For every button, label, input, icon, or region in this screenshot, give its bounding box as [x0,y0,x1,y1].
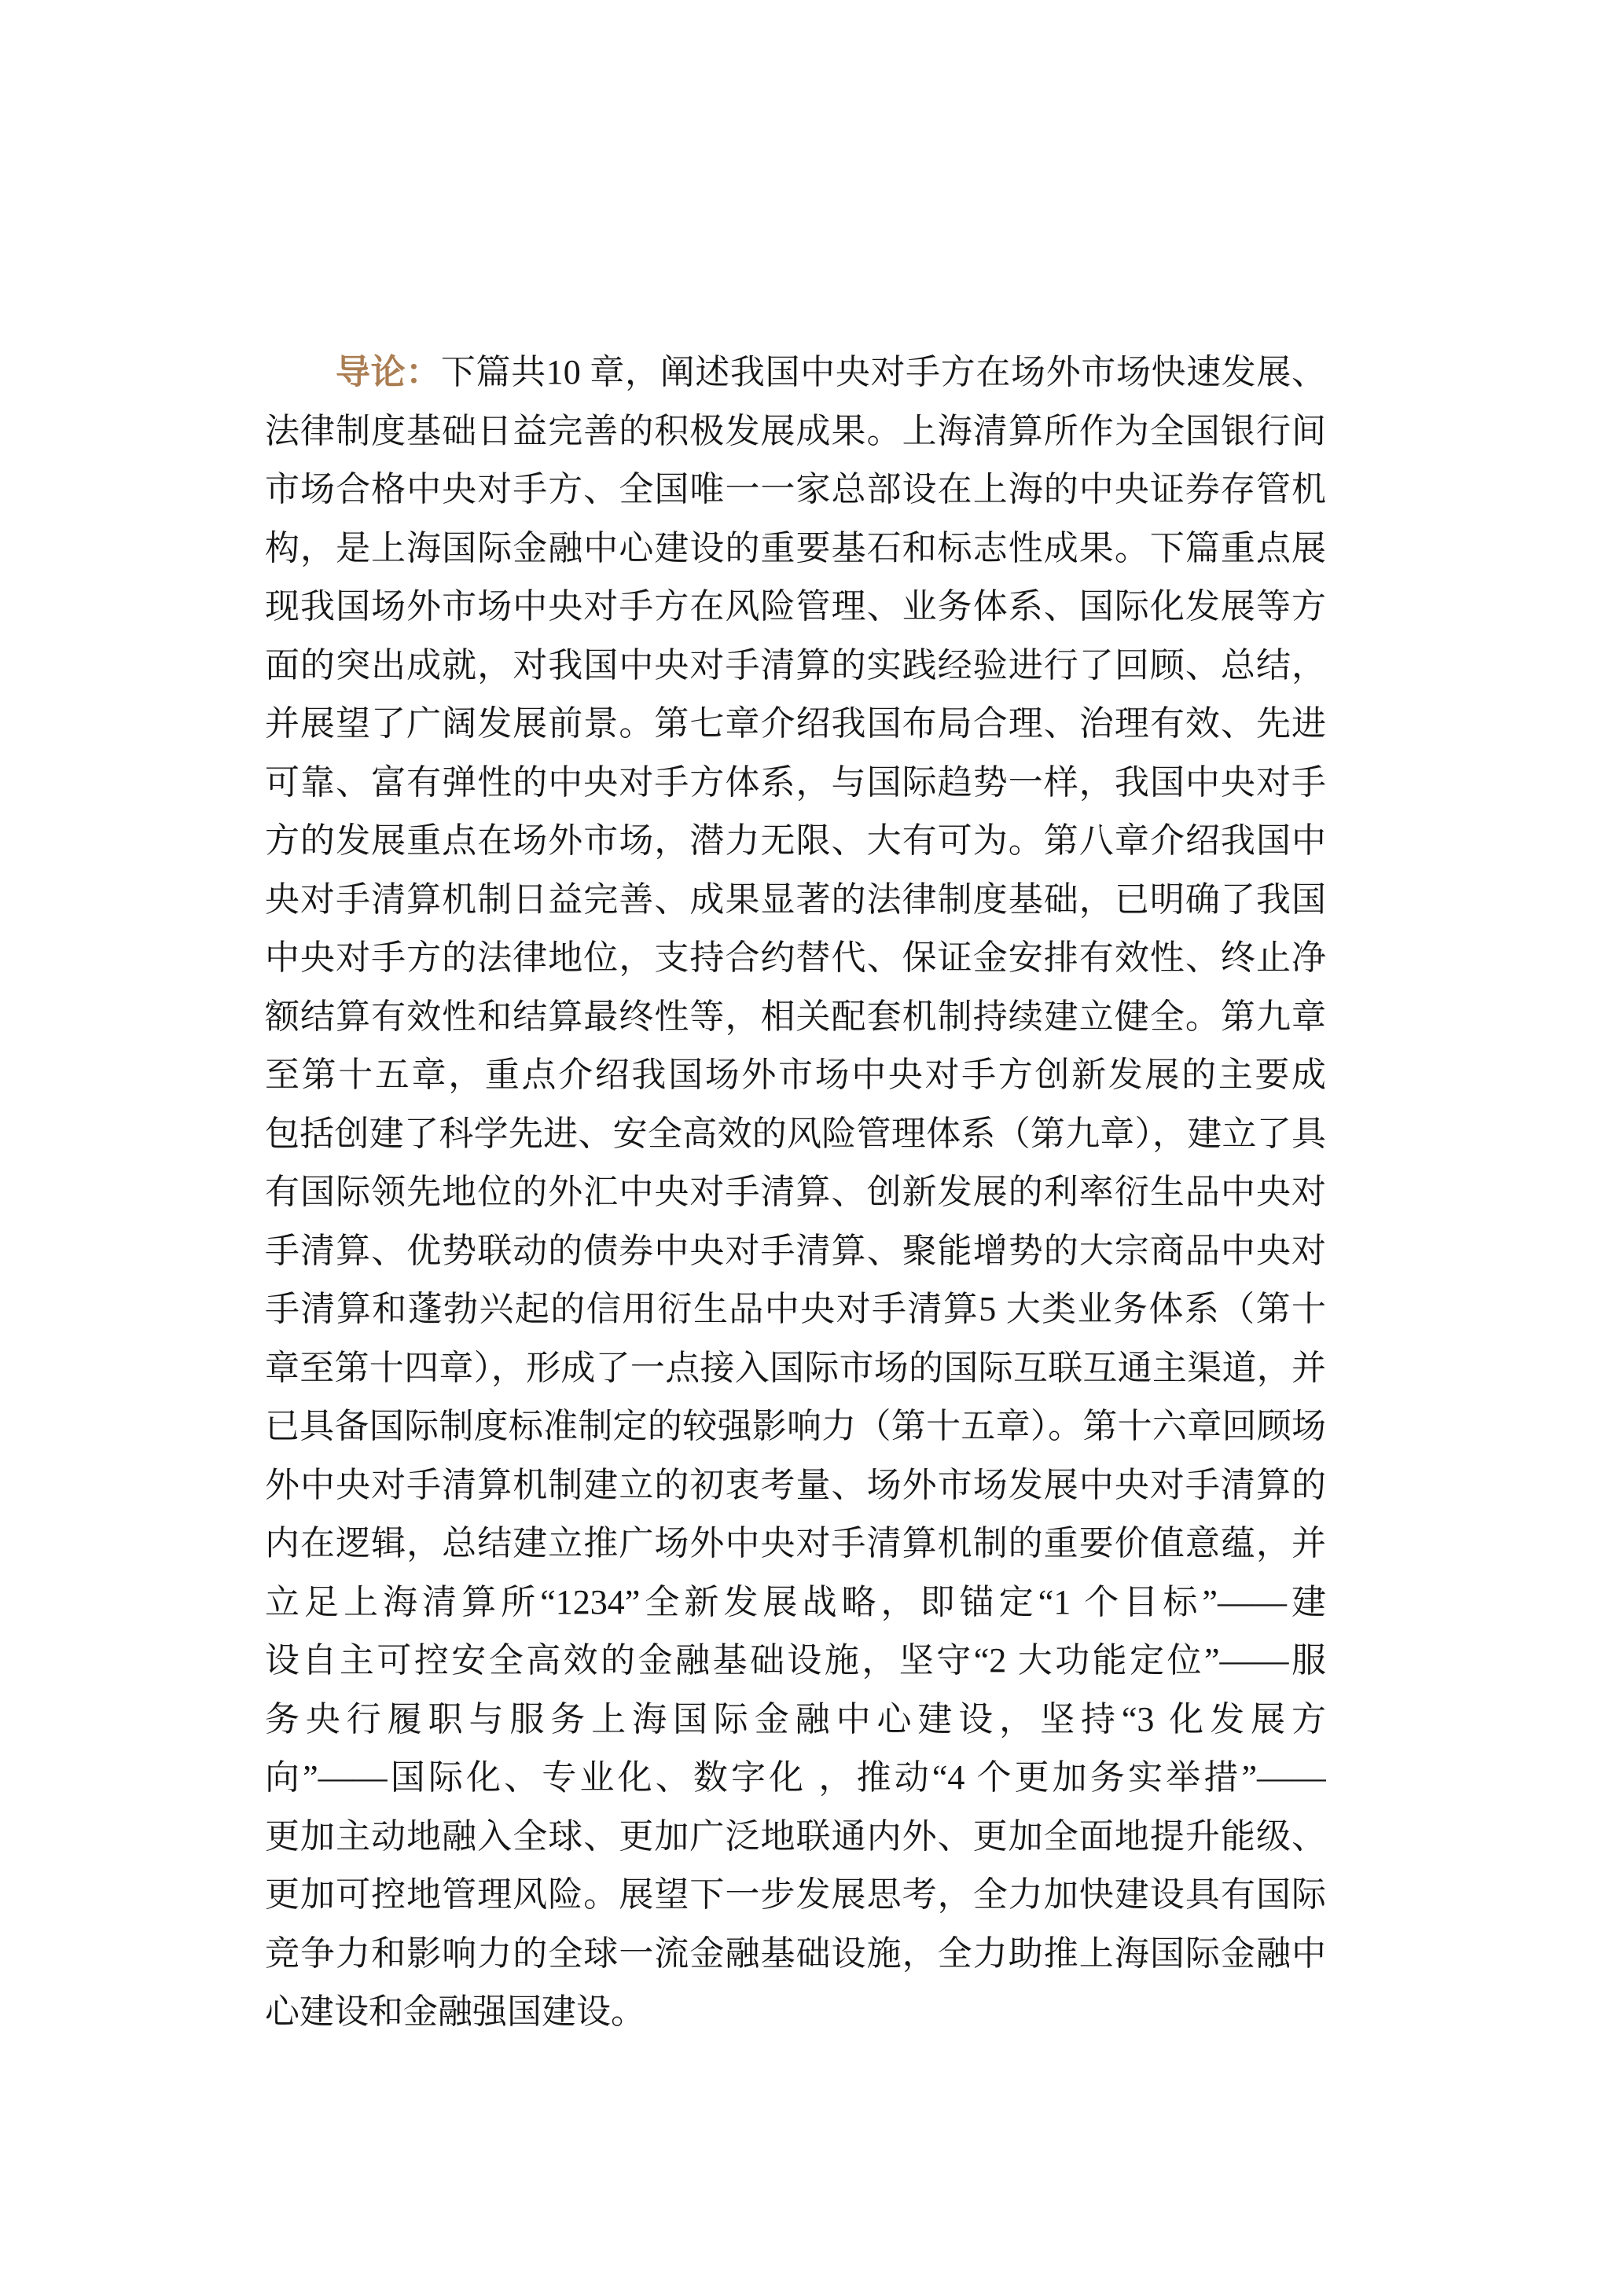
paragraph-line: 已具备国际制度标准制定的较强影响力（第十五章）。第十六章回顾场 [265,1397,1326,1456]
paragraph-line: 有国际领先地位的外汇中央对手清算、创新发展的利率衍生品中央对 [265,1163,1326,1222]
paragraph-line: 市场合格中央对手方、全国唯一一家总部设在上海的中央证券存管机 [265,461,1326,520]
paragraph-line: 心建设和金融强国建设。 [265,1983,1326,2042]
paragraph-line: 法律制度基础日益完善的积极发展成果。上海清算所作为全国银行间 [265,402,1326,461]
paragraph-line: 方的发展重点在场外市场，潜力无限、大有可为。第八章介绍我国中 [265,812,1326,871]
paragraph-line: 现我国场外市场中央对手方在风险管理、业务体系、国际化发展等方 [265,578,1326,637]
paragraph-line: 外中央对手清算机制建立的初衷考量、场外市场发展中央对手清算的 [265,1456,1326,1515]
paragraph-line-text: 下篇共10 章，阐述我国中央对手方在场外市场快速发展、 [441,353,1326,391]
introduction-paragraph: 导论：下篇共10 章，阐述我国中央对手方在场外市场快速发展、 法律制度基础日益完… [265,343,1326,2042]
paragraph-line: 手清算、优势联动的债券中央对手清算、聚能增势的大宗商品中央对 [265,1222,1326,1281]
paragraph-line: 内在逻辑，总结建立推广场外中央对手清算机制的重要价值意蕴，并 [265,1515,1326,1573]
paragraph-line: 央对手清算机制日益完善、成果显著的法律制度基础，已明确了我国 [265,871,1326,930]
paragraph-line: 面的突出成就，对我国中央对手清算的实践经验进行了回顾、总结， [265,637,1326,696]
paragraph-line: 更加主动地融入全球、更加广泛地联通内外、更加全面地提升能级、 [265,1808,1326,1867]
paragraph-line: 中央对手方的法律地位，支持合约替代、保证金安排有效性、终止净 [265,929,1326,988]
paragraph-line: 构，是上海国际金融中心建设的重要基石和标志性成果。下篇重点展 [265,520,1326,578]
paragraph-line: 手清算和蓬勃兴起的信用衍生品中央对手清算5 大类业务体系（第十 [265,1280,1326,1339]
paragraph-line: 额结算有效性和结算最终性等，相关配套机制持续建立健全。第九章 [265,988,1326,1047]
paragraph-line: 章至第十四章），形成了一点接入国际市场的国际互联互通主渠道，并 [265,1339,1326,1398]
paragraph-line: 务央行履职与服务上海国际金融中心建设，坚持“3 化发展方 [265,1691,1326,1750]
book-page: 导论：下篇共10 章，阐述我国中央对手方在场外市场快速发展、 法律制度基础日益完… [0,0,1624,2273]
paragraph-line: 向”——国际化、专业化、数字化 ，推动“4 个更加务实举措”—— [265,1749,1326,1808]
paragraph-line: 竞争力和影响力的全球一流金融基础设施，全力助推上海国际金融中 [265,1925,1326,1984]
paragraph-line: 至第十五章，重点介绍我国场外市场中央对手方创新发展的主要成果， [265,1046,1326,1105]
paragraph-line: 导论：下篇共10 章，阐述我国中央对手方在场外市场快速发展、 [265,343,1326,402]
section-heading: 导论： [336,353,441,391]
paragraph-line: 并展望了广阔发展前景。第七章介绍我国布局合理、治理有效、先进 [265,695,1326,754]
paragraph-line: 立足上海清算所“1234”全新发展战略，即锚定“1 个目标”——建 [265,1573,1326,1632]
paragraph-line: 包括创建了科学先进、安全高效的风险管理体系（第九章），建立了具 [265,1105,1326,1164]
paragraph-line: 可靠、富有弹性的中央对手方体系，与国际趋势一样，我国中央对手 [265,754,1326,813]
paragraph-line: 更加可控地管理风险。展望下一步发展思考，全力加快建设具有国际 [265,1866,1326,1925]
paragraph-line: 设自主可控安全高效的金融基础设施，坚守“2 大功能定位”——服 [265,1632,1326,1691]
